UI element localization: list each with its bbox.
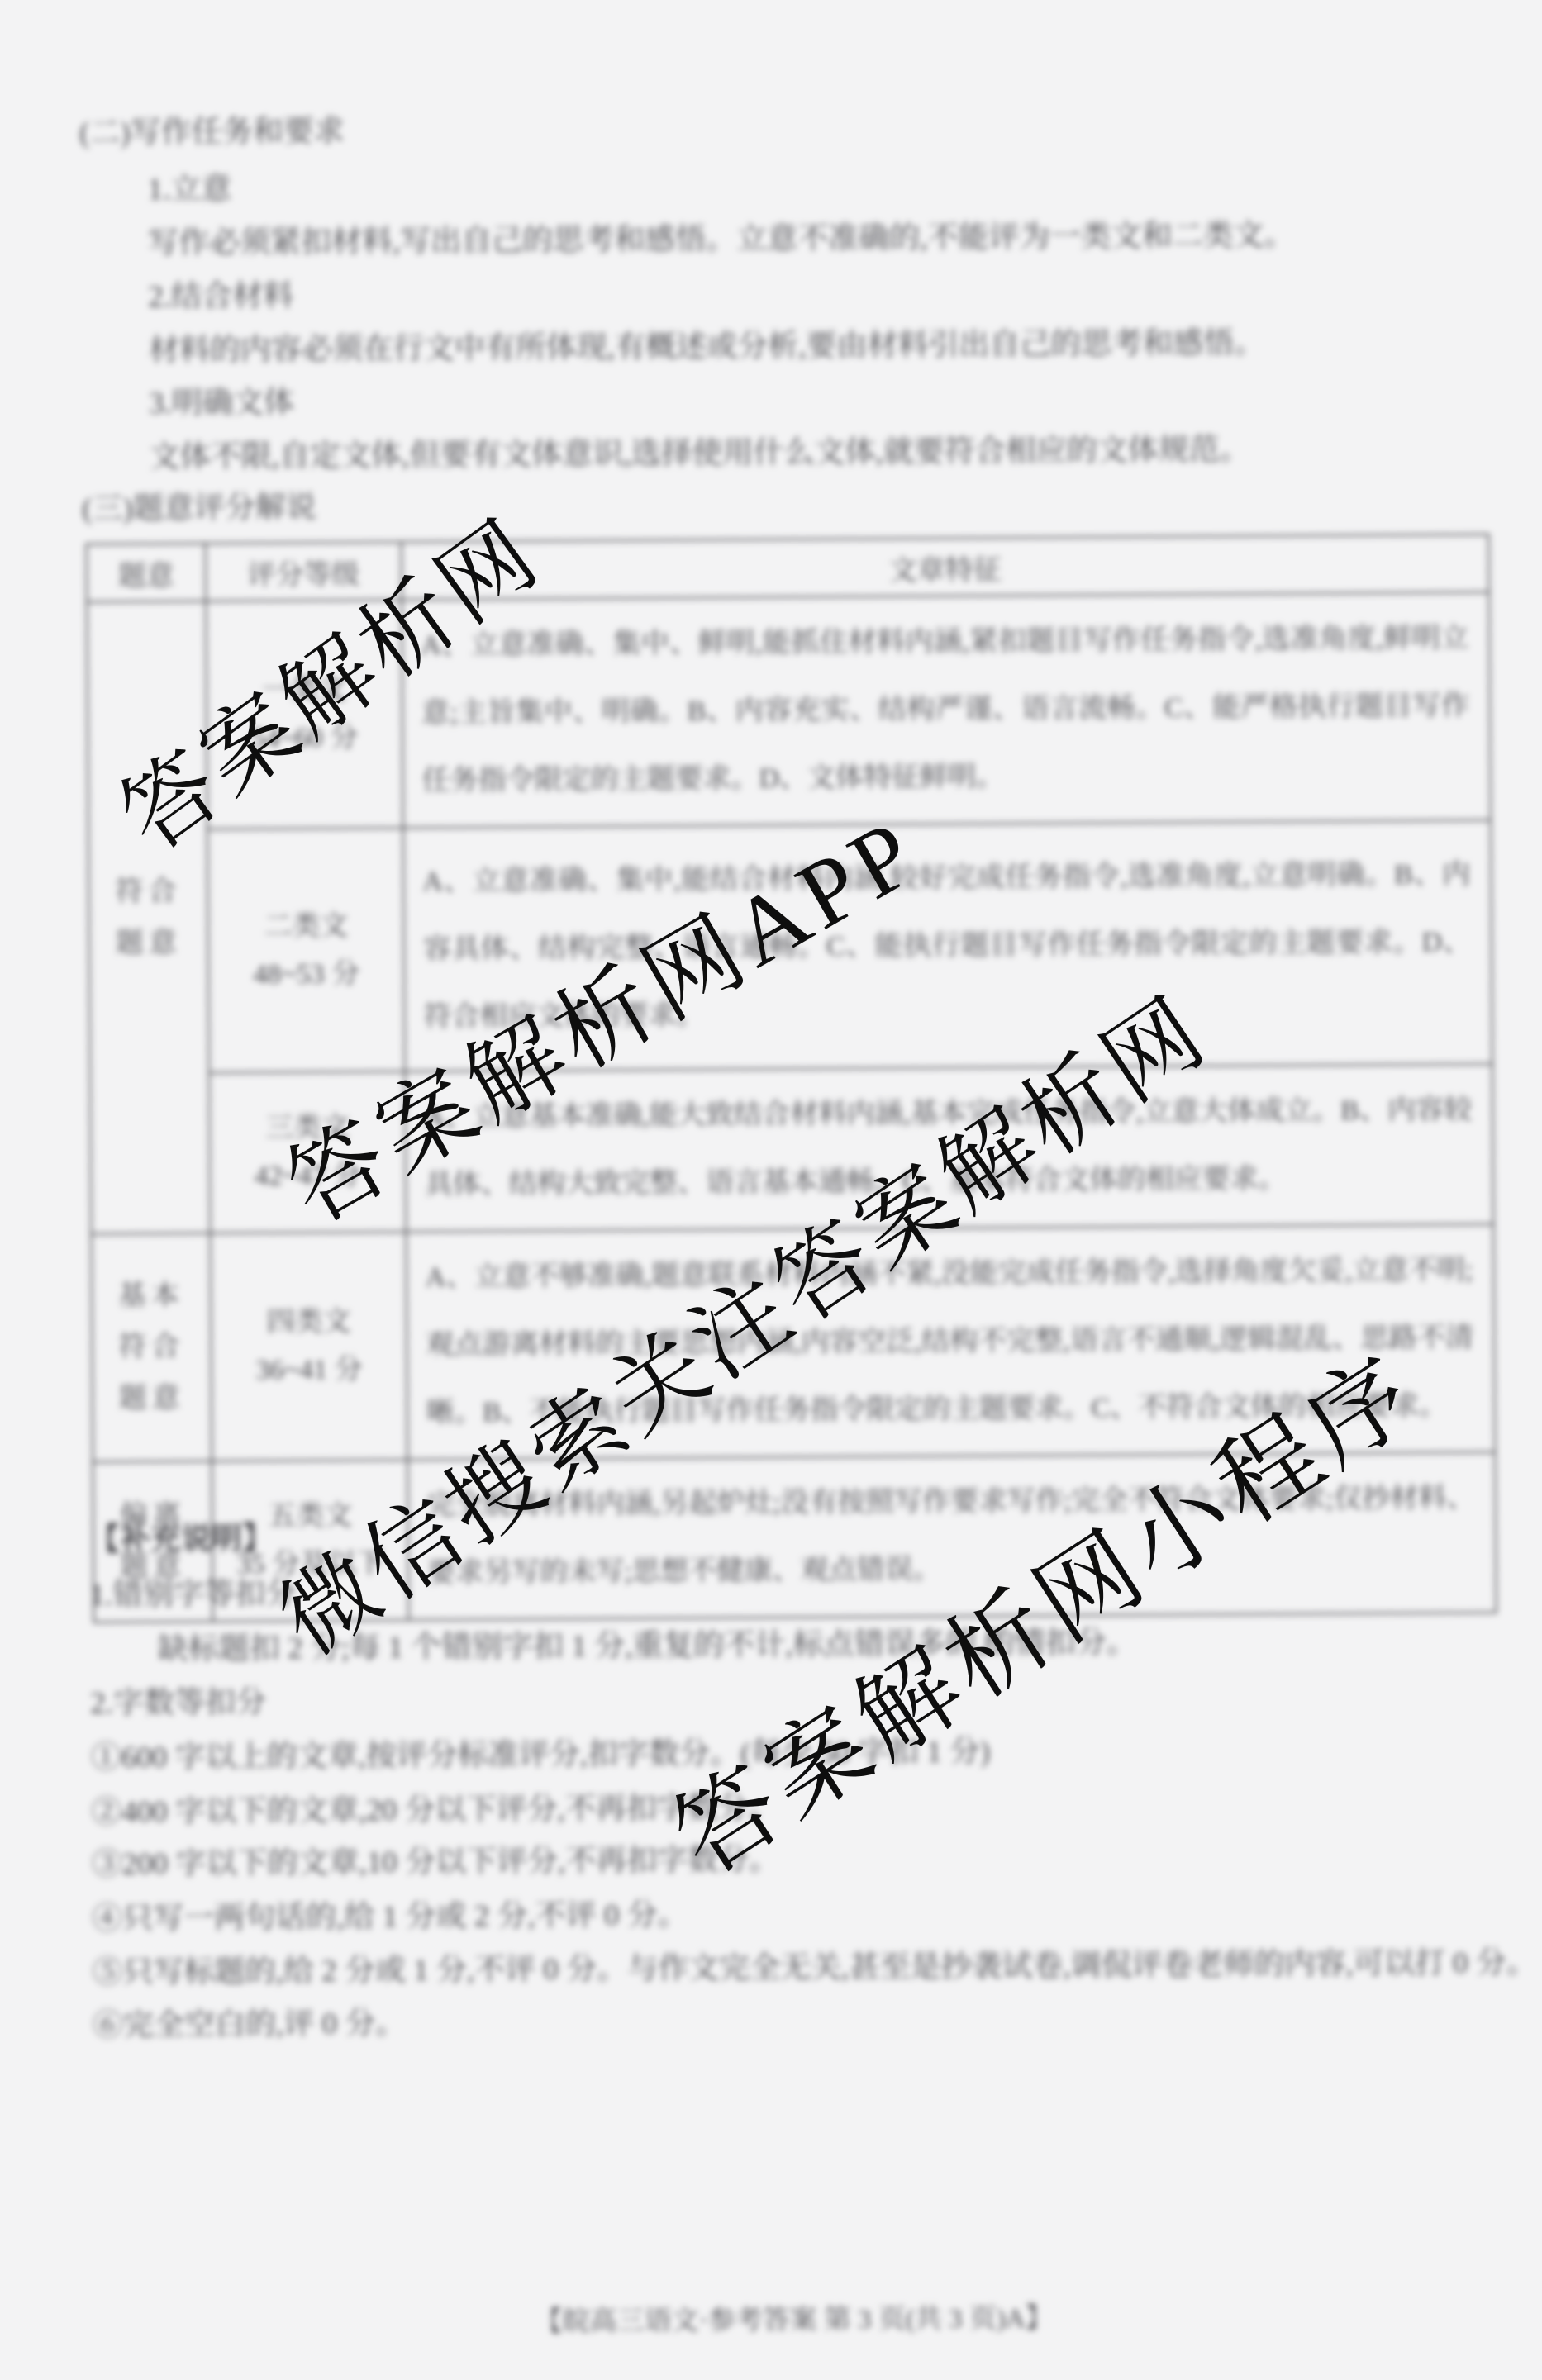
grade-score-range: 48~53 分 (209, 950, 403, 1000)
grade-name: 四类文 (212, 1298, 406, 1347)
section-heading-writing-tasks: (二)写作任务和要求 (79, 114, 345, 152)
note-wordcount-deduction-heading: 2.字数等扣分 (90, 1684, 266, 1722)
row-label: 符合题意 (113, 866, 183, 969)
list-item-jiehe-cailiao: 2.结合材料 (148, 278, 293, 316)
features-text: A、立意准确、集中、鲜明,能抓住材料内涵,紧扣题目写作任务指令,选准角度,鲜明立… (402, 593, 1490, 827)
table-header-row: 题意 评分等级 文章特征 (87, 534, 1489, 602)
note-bullet-6: ⑥完全空白的,评 0 分。 (93, 2006, 407, 2045)
paragraph-jiehe-cailiao: 材料的内容必须在行文中有所体现,有概述或分析,要由材料引出自己的思考和感悟。 (149, 325, 1265, 369)
note-bullet-4: ④只写一两句话的,给 1 分或 2 分,不评 0 分。 (92, 1898, 688, 1938)
scanned-answer-key-page: (二)写作任务和要求 1.立意 写作必须紧扣材料,写出自己的思考和感悟。立意不准… (0, 0, 1542, 2380)
paragraph-liyi: 写作必须紧扣材料,写出自己的思考和感悟。立意不准确的,不能评为一类文和二类文。 (148, 218, 1295, 263)
paragraph-mingque-wenti: 文体不限,自定文体,但要有文体意识,选择使用什么文体,就要符合相应的文体规范。 (150, 432, 1250, 476)
list-item-mingque-wenti: 3.明确文体 (149, 385, 294, 422)
grade-score-range: 36~41 分 (212, 1346, 406, 1395)
note-bullet-3: ③200 字以下的文章,10 分以下评分,不再扣字数分。 (92, 1842, 780, 1884)
notes-title: 【补充说明】 (89, 1521, 273, 1559)
page-footer: 【皖高三语文·参考答案 第 3 页(共 3 页)A】 (22, 2292, 1542, 2342)
header-cell-features: 文章特征 (402, 534, 1489, 600)
note-bullet-5: ⑤只写标题的,给 2 分或 1 分,不评 0 分。与作文完全无关,甚至是抄袭试卷… (92, 1945, 1537, 1992)
section-heading-scoring-explanation: (三)题意评分解说 (82, 490, 316, 528)
note-typo-deduction-heading: 1.错别字等扣分 (89, 1576, 296, 1614)
grade-cell-class2: 二类文 48~53 分 (207, 828, 405, 1073)
label-cell-basically-fits-topic: 基本符合题意 (91, 1233, 212, 1462)
row-label: 基本符合题意 (117, 1271, 187, 1425)
header-cell-topic: 题意 (87, 544, 206, 602)
features-cell-class1: A、立意准确、集中、鲜明,能抓住材料内涵,紧扣题目写作任务指令,选准角度,鲜明立… (402, 592, 1491, 828)
document-layer: (二)写作任务和要求 1.立意 写作必须紧扣材料,写出自己的思考和感悟。立意不准… (0, 0, 1542, 2380)
label-cell-fits-topic: 符合题意 (87, 601, 210, 1234)
grade-cell-class4: 四类文 36~41 分 (210, 1232, 407, 1461)
grade-name: 二类文 (209, 902, 403, 952)
list-item-liyi: 1.立意 (147, 172, 231, 209)
